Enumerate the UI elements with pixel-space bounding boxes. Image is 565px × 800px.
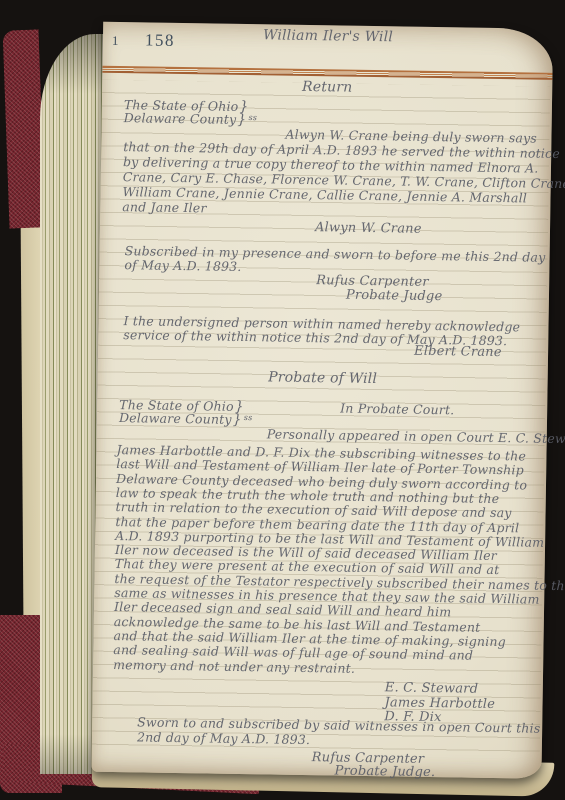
- judge-title-return: Probate Judge: [346, 289, 443, 304]
- return-opening-line: Alwyn W. Crane being duly sworn says: [285, 128, 537, 145]
- photo-of-record-book: { "colors":{"page":"#eae4d1","ink":"#5b5…: [0, 0, 565, 800]
- venue-return: The State of Ohio} Delaware County}ss: [124, 98, 258, 126]
- venue-probate: The State of Ohio} Delaware County}ss: [119, 398, 253, 426]
- venue-brace: }: [233, 414, 242, 427]
- venue-county-text: Delaware County: [119, 411, 232, 426]
- judge-signature-return: Rufus Carpenter: [316, 274, 429, 289]
- header-rule: [102, 66, 552, 80]
- acknowledgment-signature: Elbert Crane: [414, 345, 502, 359]
- venue-brace: }: [237, 114, 246, 127]
- venue-county-text: Delaware County: [124, 111, 237, 126]
- record-page: 1 158 William Iler's Will Return The Sta…: [91, 22, 553, 779]
- court-label: In Probate Court.: [340, 402, 454, 417]
- venue-ss-mark: ss: [244, 411, 253, 424]
- venue-ss-mark: ss: [248, 111, 257, 124]
- affiant-signature: Alwyn W. Crane: [315, 221, 422, 236]
- judge-title-probate: Probate Judge.: [334, 764, 435, 779]
- venue-county-line: Delaware County}ss: [119, 411, 253, 426]
- book-cover-top-left: [3, 29, 46, 228]
- venue-county-line: Delaware County}ss: [124, 111, 258, 126]
